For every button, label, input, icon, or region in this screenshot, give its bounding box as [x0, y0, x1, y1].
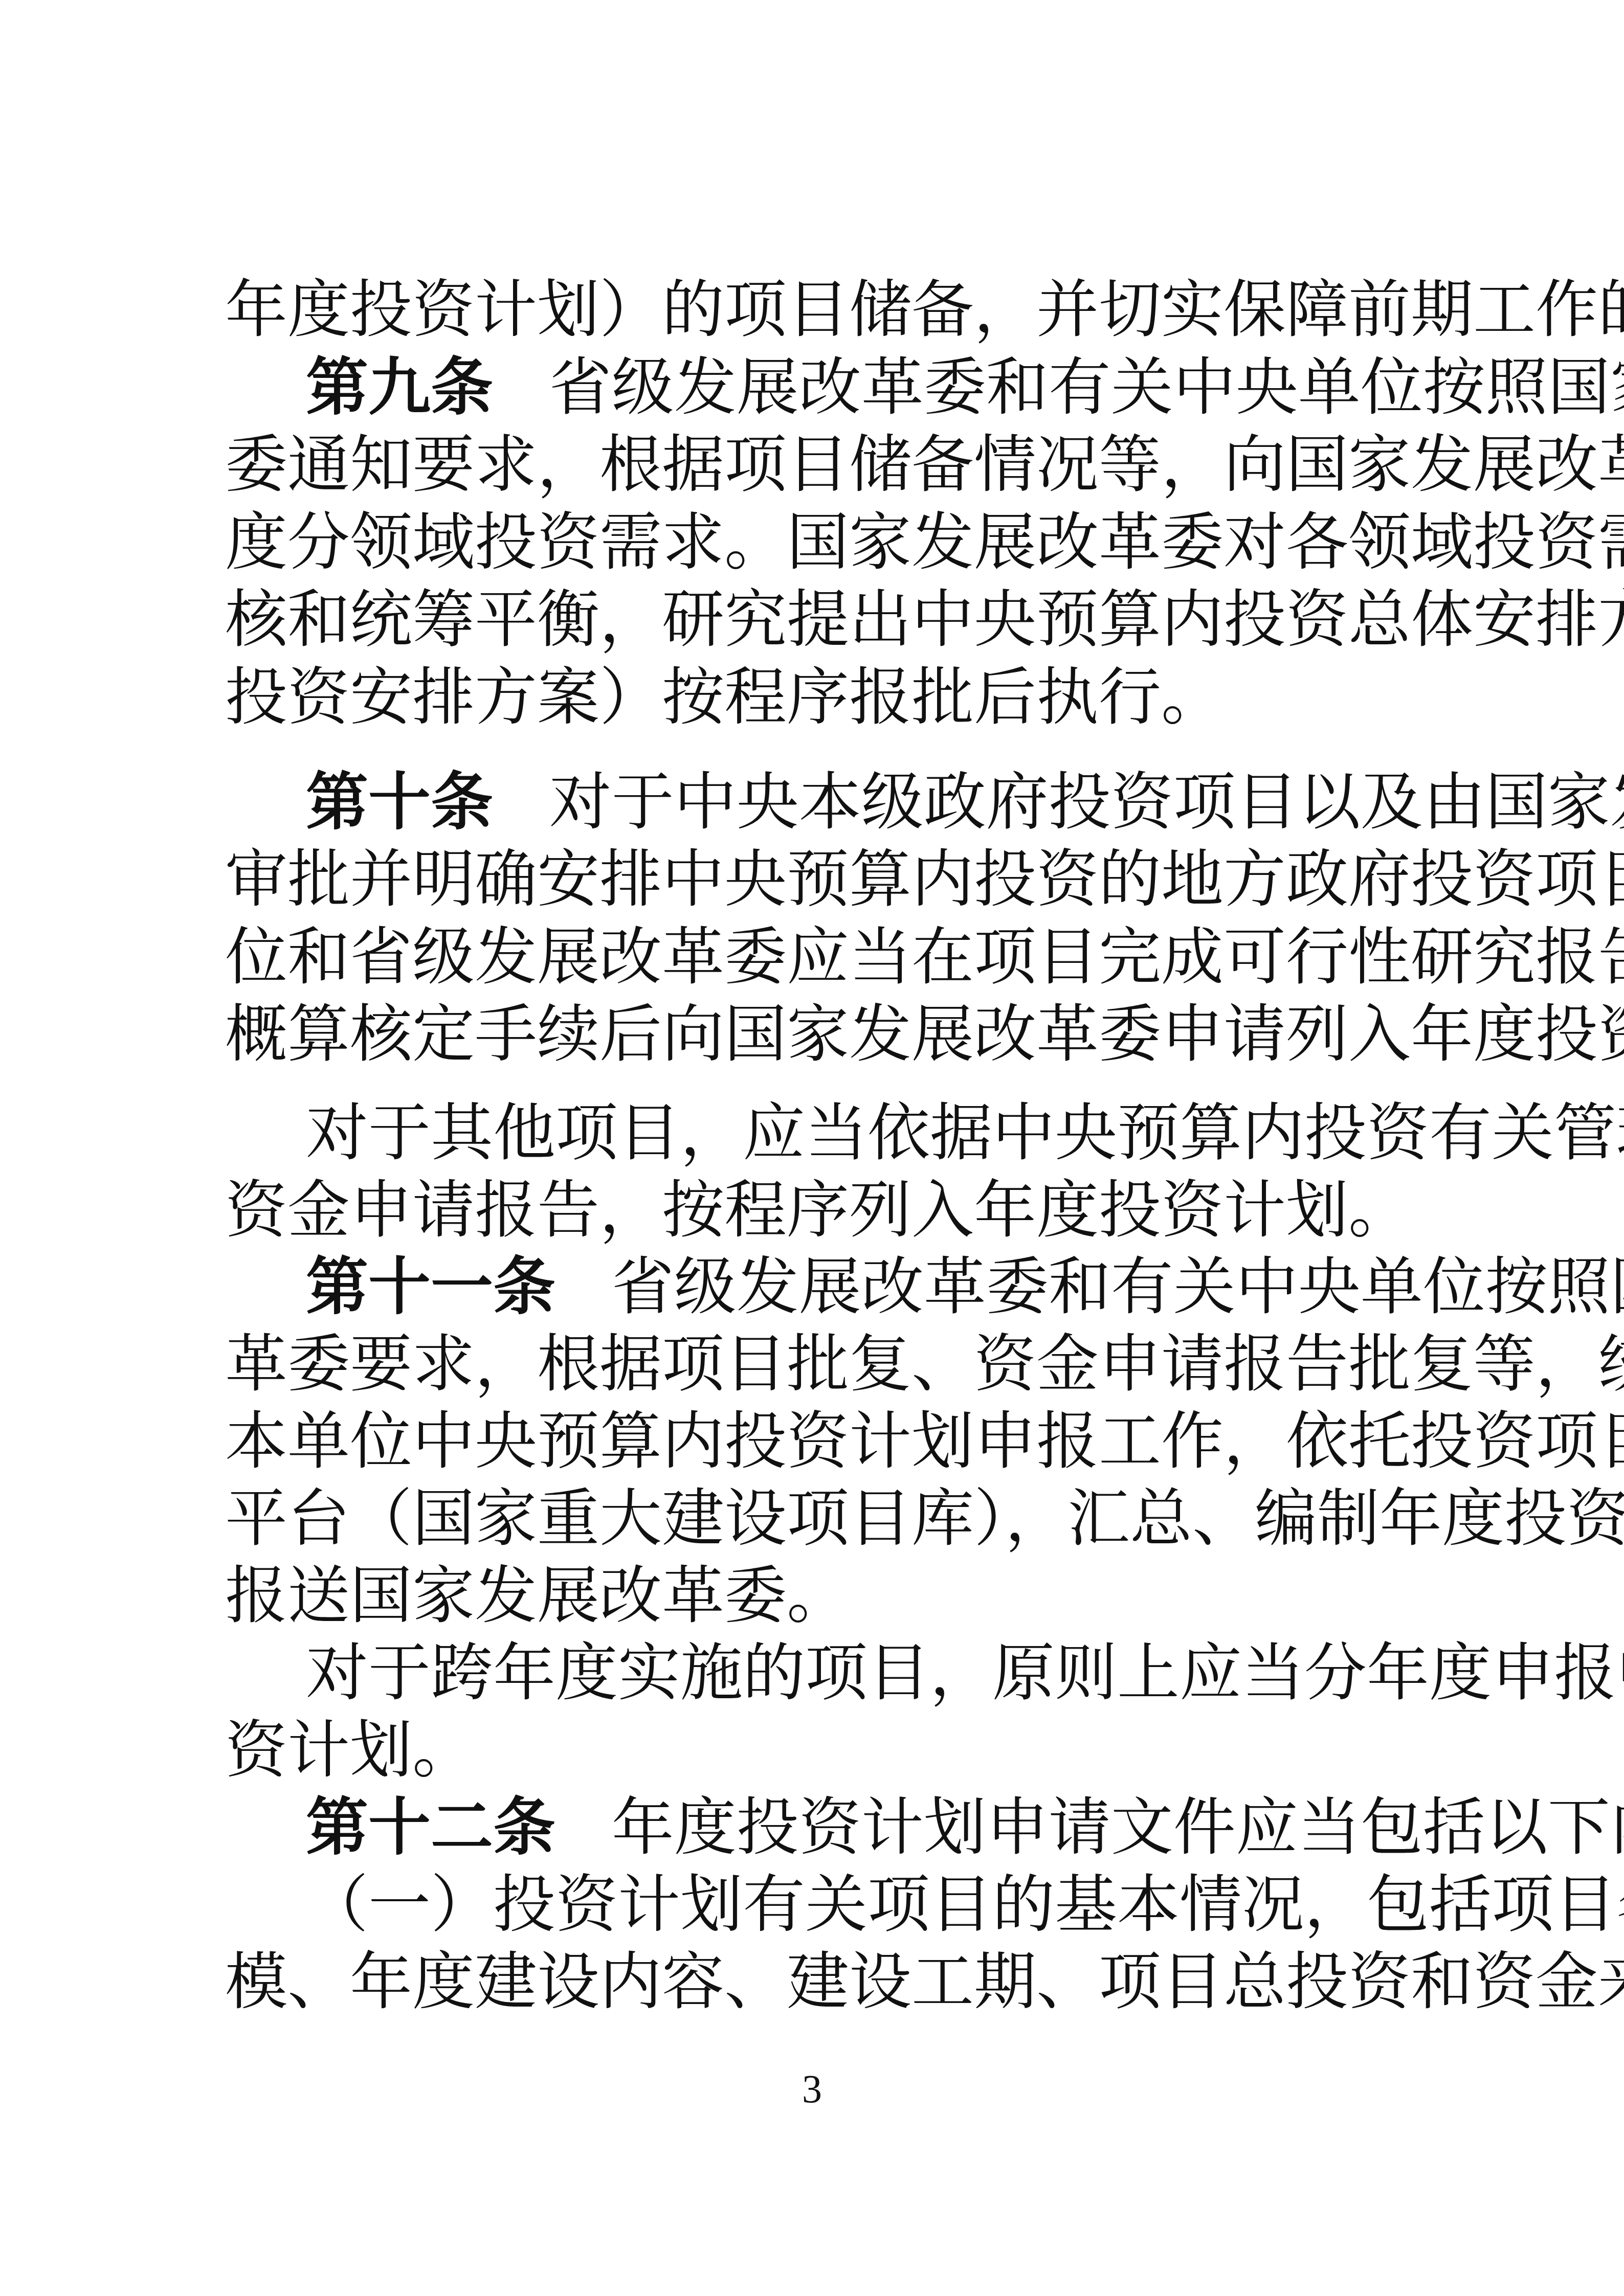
paragraph-line: 资计划。: [225, 1712, 1412, 1788]
article-11-line: 第十一条省级发展改革委和有关中央单位按照国家发展改: [306, 1248, 1412, 1325]
paragraph-line: 概算核定手续后向国家发展改革委申请列入年度投资计划。: [225, 996, 1412, 1072]
paragraph-line: 核和统筹平衡，研究提出中央预算内投资总体安排方案（以下简称: [225, 581, 1412, 658]
list-item-line: 模、年度建设内容、建设工期、项目总投资和资金来源、审批（核: [225, 1943, 1412, 2020]
article-9-line: 第九条省级发展改革委和有关中央单位按照国家发展改革: [306, 349, 1412, 425]
paragraph-line: 平台（国家重大建设项目库），汇总、编制年度投资计划申请文件，: [225, 1480, 1412, 1557]
paragraph-line: 投资安排方案）按程序报批后执行。: [225, 659, 1412, 735]
article-10-line: 第十条对于中央本级政府投资项目以及由国家发展改革委: [306, 763, 1412, 840]
document-page: 年度投资计划）的项目储备，并切实保障前期工作的深度和质量。 第九条省级发展改革委…: [0, 0, 1624, 2296]
paragraph-line: 审批并明确安排中央预算内投资的地方政府投资项目，有关中央单: [225, 841, 1412, 917]
article-heading: 第九条: [306, 351, 493, 423]
list-item-line: （一）投资计划有关项目的基本情况，包括项目名称、建设规: [306, 1866, 1412, 1943]
paragraph-line: 对于其他项目，应当依据中央预算内投资有关管理规定，提交: [306, 1094, 1412, 1171]
paragraph-line: 位和省级发展改革委应当在项目完成可行性研究报告审批或投资: [225, 918, 1412, 995]
article-heading: 第十一条: [306, 1250, 555, 1323]
paragraph-line: 委通知要求，根据项目储备情况等，向国家发展改革委提出下一年: [225, 426, 1412, 503]
article-text: 省级发展改革委和有关中央单位按照国家发展改革: [549, 351, 1624, 423]
article-12-line: 第十二条年度投资计划申请文件应当包括以下内容：: [306, 1789, 1412, 1865]
paragraph-line: 报送国家发展改革委。: [225, 1557, 1412, 1634]
article-text: 对于中央本级政府投资项目以及由国家发展改革委: [549, 766, 1624, 838]
paragraph-line: 资金申请报告，按程序列入年度投资计划。: [225, 1172, 1412, 1248]
paragraph-line: 年度投资计划）的项目储备，并切实保障前期工作的深度和质量。: [225, 271, 1412, 348]
paragraph-line: 对于跨年度实施的项目，原则上应当分年度申报中央预算内投: [306, 1634, 1412, 1711]
paragraph-line: 度分领域投资需求。国家发展改革委对各领域投资需求进行初步审: [225, 504, 1412, 580]
article-text: 省级发展改革委和有关中央单位按照国家发展改: [612, 1250, 1624, 1323]
article-heading: 第十二条: [306, 1791, 555, 1863]
paragraph-line: 本单位中央预算内投资计划申报工作，依托投资项目在线审批监管: [225, 1403, 1412, 1479]
paragraph-line: 革委要求，根据项目批复、资金申请报告批复等，统筹做好本地区、: [225, 1325, 1412, 1402]
article-heading: 第十条: [306, 766, 493, 838]
page-number: 3: [0, 2066, 1624, 2112]
article-text: 年度投资计划申请文件应当包括以下内容：: [612, 1791, 1624, 1863]
